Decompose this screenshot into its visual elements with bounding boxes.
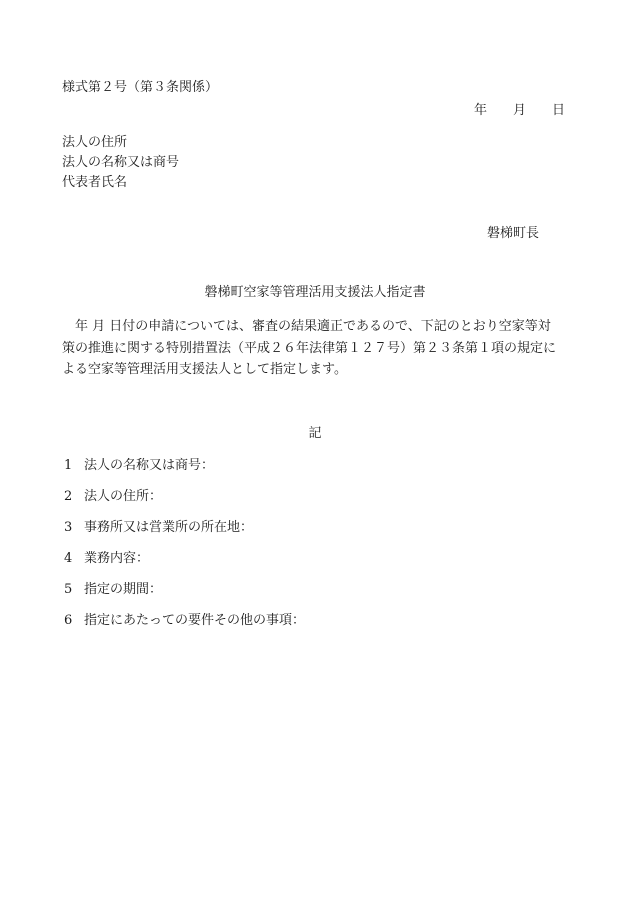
item-number: 6 [64,614,84,627]
document-title: 磐梯町空家等管理活用支援法人指定書 [0,286,630,299]
body-paragraph: 年 月 日付の申請については、審査の結果適正であるので、下記のとおり空家等対 策… [62,316,574,381]
addressee-block: 法人の住所 法人の名称又は商号 代表者氏名 [62,133,179,193]
item-label: 指定にあたっての要件その他の事項： [84,613,305,628]
item-label: 指定の期間： [84,582,162,597]
year-label: 年 [474,104,487,117]
item-number: 2 [64,490,84,503]
item-number: 4 [64,552,84,565]
item-number: 1 [64,459,84,472]
list-item: 6指定にあたっての要件その他の事項： [64,614,305,627]
addressee-representative: 代表者氏名 [62,173,179,193]
month-label: 月 [513,104,526,117]
item-label: 法人の名称又は商号： [84,458,214,473]
body-line: 策の推進に関する特別措置法（平成２６年法律第１２７号）第２３条第１項の規定に [62,338,574,360]
item-label: 業務内容： [84,551,149,566]
ki-heading: 記 [0,427,630,440]
list-item: 5指定の期間： [64,583,162,596]
body-line: よる空家等管理活用支援法人として指定します。 [62,359,574,381]
item-label: 法人の住所： [84,489,162,504]
list-item: 1法人の名称又は商号： [64,459,214,472]
list-item: 2法人の住所： [64,490,162,503]
item-label: 事務所又は営業所の所在地： [84,520,253,535]
issuer: 磐梯町長 [487,227,539,240]
day-label: 日 [552,104,565,117]
list-item: 4業務内容： [64,552,149,565]
form-number: 様式第２号（第３条関係） [62,81,218,94]
body-line: 年 月 日付の申請については、審査の結果適正であるので、下記のとおり空家等対 [62,316,574,338]
item-number: 3 [64,521,84,534]
item-number: 5 [64,583,84,596]
addressee-address: 法人の住所 [62,133,179,153]
date-line: 年月日 [474,104,565,117]
addressee-name: 法人の名称又は商号 [62,153,179,173]
list-item: 3事務所又は営業所の所在地： [64,521,253,534]
